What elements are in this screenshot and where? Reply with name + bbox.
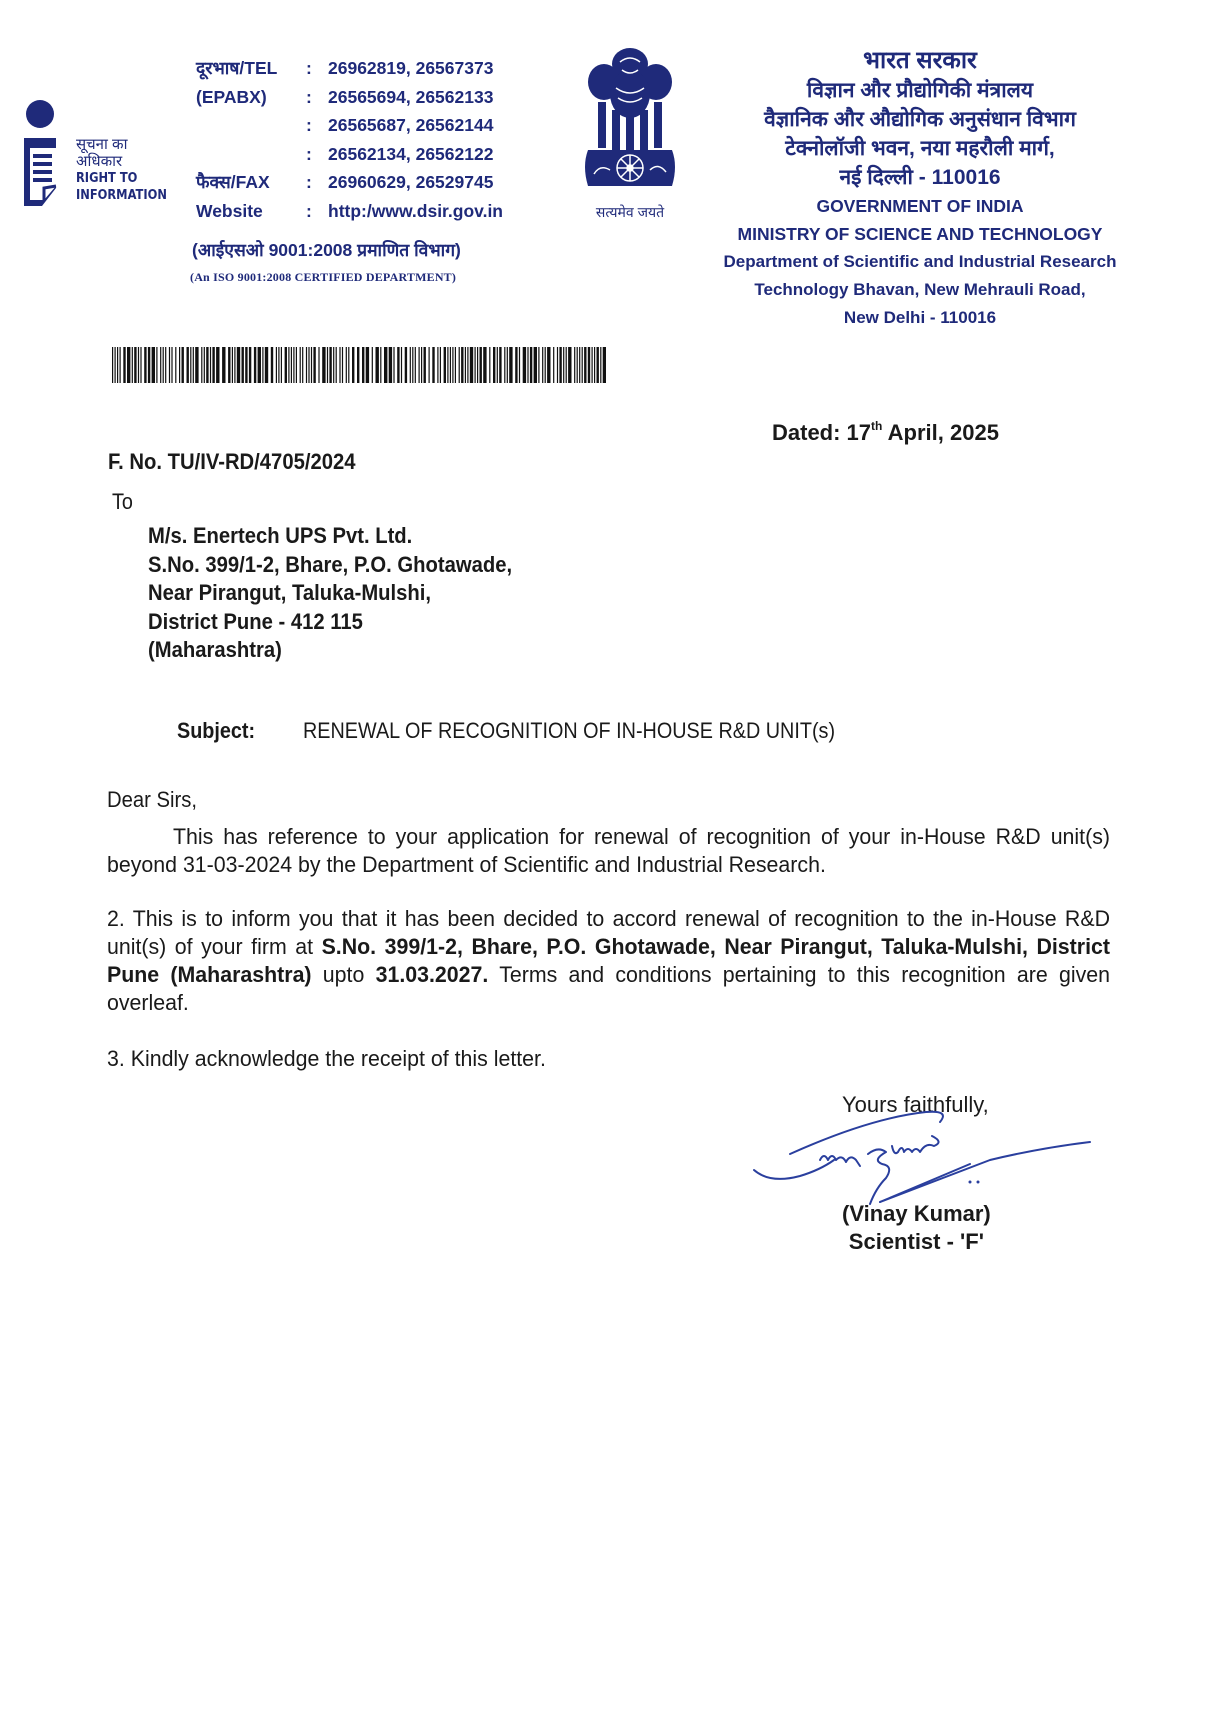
- emblem-motto: सत्यमेव जयते: [572, 203, 688, 222]
- letterhead-english-line: New Delhi - 110016: [680, 304, 1160, 332]
- contact-label: फैक्स/FAX: [196, 168, 306, 197]
- letterhead-english-line: MINISTRY OF SCIENCE AND TECHNOLOGY: [680, 220, 1160, 248]
- contact-label: [196, 140, 306, 169]
- contact-row: दूरभाष/TEL:26962819, 26567373: [196, 54, 503, 83]
- contact-label: (EPABX): [196, 83, 306, 112]
- contact-label: दूरभाष/TEL: [196, 54, 306, 83]
- barcode-icon: [112, 347, 606, 383]
- contact-details: दूरभाष/TEL:26962819, 26567373(EPABX):265…: [196, 54, 503, 225]
- contact-row: (EPABX):26565694, 26562133: [196, 83, 503, 112]
- letterhead-hindi-line: विज्ञान और प्रौद्योगिकी मंत्रालय: [680, 76, 1160, 105]
- contact-label: Website: [196, 197, 306, 226]
- contact-separator: :: [306, 111, 328, 140]
- contact-separator: :: [306, 168, 328, 197]
- contact-label: [196, 111, 306, 140]
- subject-text: RENEWAL OF RECOGNITION OF IN-HOUSE R&D U…: [303, 718, 835, 743]
- rti-info-dot-icon: [26, 100, 54, 128]
- signer-name: (Vinay Kumar): [842, 1200, 991, 1228]
- contact-number: 26562134, 26562122: [328, 140, 503, 169]
- contact-separator: :: [306, 54, 328, 83]
- signer-block: (Vinay Kumar) Scientist - 'F': [842, 1200, 991, 1256]
- addressee-line: S.No. 399/1-2, Bhare, P.O. Ghotawade,: [148, 551, 512, 580]
- paragraph-1: This has reference to your application f…: [107, 823, 1110, 879]
- paragraph-1-text: This has reference to your application f…: [107, 824, 1110, 877]
- signer-title: Scientist - 'F': [842, 1228, 991, 1256]
- addressee-line: M/s. Enertech UPS Pvt. Ltd.: [148, 522, 512, 551]
- letterhead-english-line: GOVERNMENT OF INDIA: [680, 192, 1160, 220]
- subject-label: Subject:: [177, 718, 303, 744]
- paragraph-3: 3. Kindly acknowledge the receipt of thi…: [107, 1045, 1110, 1073]
- addressee-line: District Pune - 412 115: [148, 608, 512, 637]
- to-label: To: [112, 489, 133, 515]
- contact-row: फैक्स/FAX:26960629, 26529745: [196, 168, 503, 197]
- letterhead-hindi-line: नई दिल्ली - 110016: [680, 163, 1160, 192]
- iso-certification-english: (An ISO 9001:2008 CERTIFIED DEPARTMENT): [190, 270, 456, 285]
- salutation: Dear Sirs,: [107, 787, 197, 813]
- letterhead-english-line: Technology Bhavan, New Mehrauli Road,: [680, 276, 1160, 304]
- contact-separator: :: [306, 140, 328, 169]
- rti-logo: सूचना का अधिकार RIGHT TO INFORMATION: [18, 100, 178, 230]
- rti-text: सूचना का अधिकार RIGHT TO INFORMATION: [76, 136, 179, 204]
- letterhead-hindi-line: वैज्ञानिक और औद्योगिक अनुसंधान विभाग: [680, 105, 1160, 134]
- paragraph-2: 2. This is to inform you that it has bee…: [107, 905, 1110, 1017]
- paragraph-3-text: 3. Kindly acknowledge the receipt of thi…: [107, 1046, 546, 1071]
- contact-separator: :: [306, 197, 328, 226]
- date-day: Dated: 17: [772, 420, 871, 445]
- file-number: F. No. TU/IV-RD/4705/2024: [108, 449, 355, 475]
- rti-english-line2: INFORMATION: [76, 187, 167, 204]
- rti-info-document-icon: [22, 136, 62, 208]
- rti-hindi-line1: सूचना का: [76, 136, 179, 153]
- handwritten-signature-icon: [750, 1098, 1100, 1208]
- addressee-line: (Maharashtra): [148, 636, 512, 665]
- subject-line: Subject:RENEWAL OF RECOGNITION OF IN-HOU…: [177, 718, 835, 744]
- rti-english-line1: RIGHT TO: [76, 170, 167, 187]
- contact-row: :26562134, 26562122: [196, 140, 503, 169]
- website-link[interactable]: http:/www.dsir.gov.in: [328, 197, 503, 226]
- date-ordinal: th: [871, 419, 882, 433]
- letter-date: Dated: 17th April, 2025: [772, 419, 999, 446]
- validity-date: 31.03.2027.: [376, 962, 489, 987]
- letterhead-english-line: Department of Scientific and Industrial …: [680, 248, 1160, 276]
- national-emblem-icon: [576, 46, 684, 206]
- addressee-block: M/s. Enertech UPS Pvt. Ltd. S.No. 399/1-…: [148, 522, 512, 665]
- letterhead-hindi-line: भारत सरकार: [680, 46, 1160, 76]
- rti-hindi-line2: अधिकार: [76, 153, 179, 170]
- iso-certification-hindi: (आईएसओ 9001:2008 प्रमाणित विभाग): [192, 238, 461, 262]
- contact-number: 26565694, 26562133: [328, 83, 503, 112]
- date-month-year: April, 2025: [882, 420, 999, 445]
- contact-separator: :: [306, 83, 328, 112]
- department-letterhead: भारत सरकार विज्ञान और प्रौद्योगिकी मंत्र…: [680, 46, 1160, 332]
- paragraph-2-text: upto: [312, 962, 376, 987]
- contact-row: :26565687, 26562144: [196, 111, 503, 140]
- contact-number: 26962819, 26567373: [328, 54, 503, 83]
- contact-row: Website:http:/www.dsir.gov.in: [196, 197, 503, 226]
- contact-number: 26960629, 26529745: [328, 168, 503, 197]
- contact-number: 26565687, 26562144: [328, 111, 503, 140]
- letterhead-hindi-line: टेक्नोलॉजी भवन, नया महरौली मार्ग,: [680, 134, 1160, 163]
- addressee-line: Near Pirangut, Taluka-Mulshi,: [148, 579, 512, 608]
